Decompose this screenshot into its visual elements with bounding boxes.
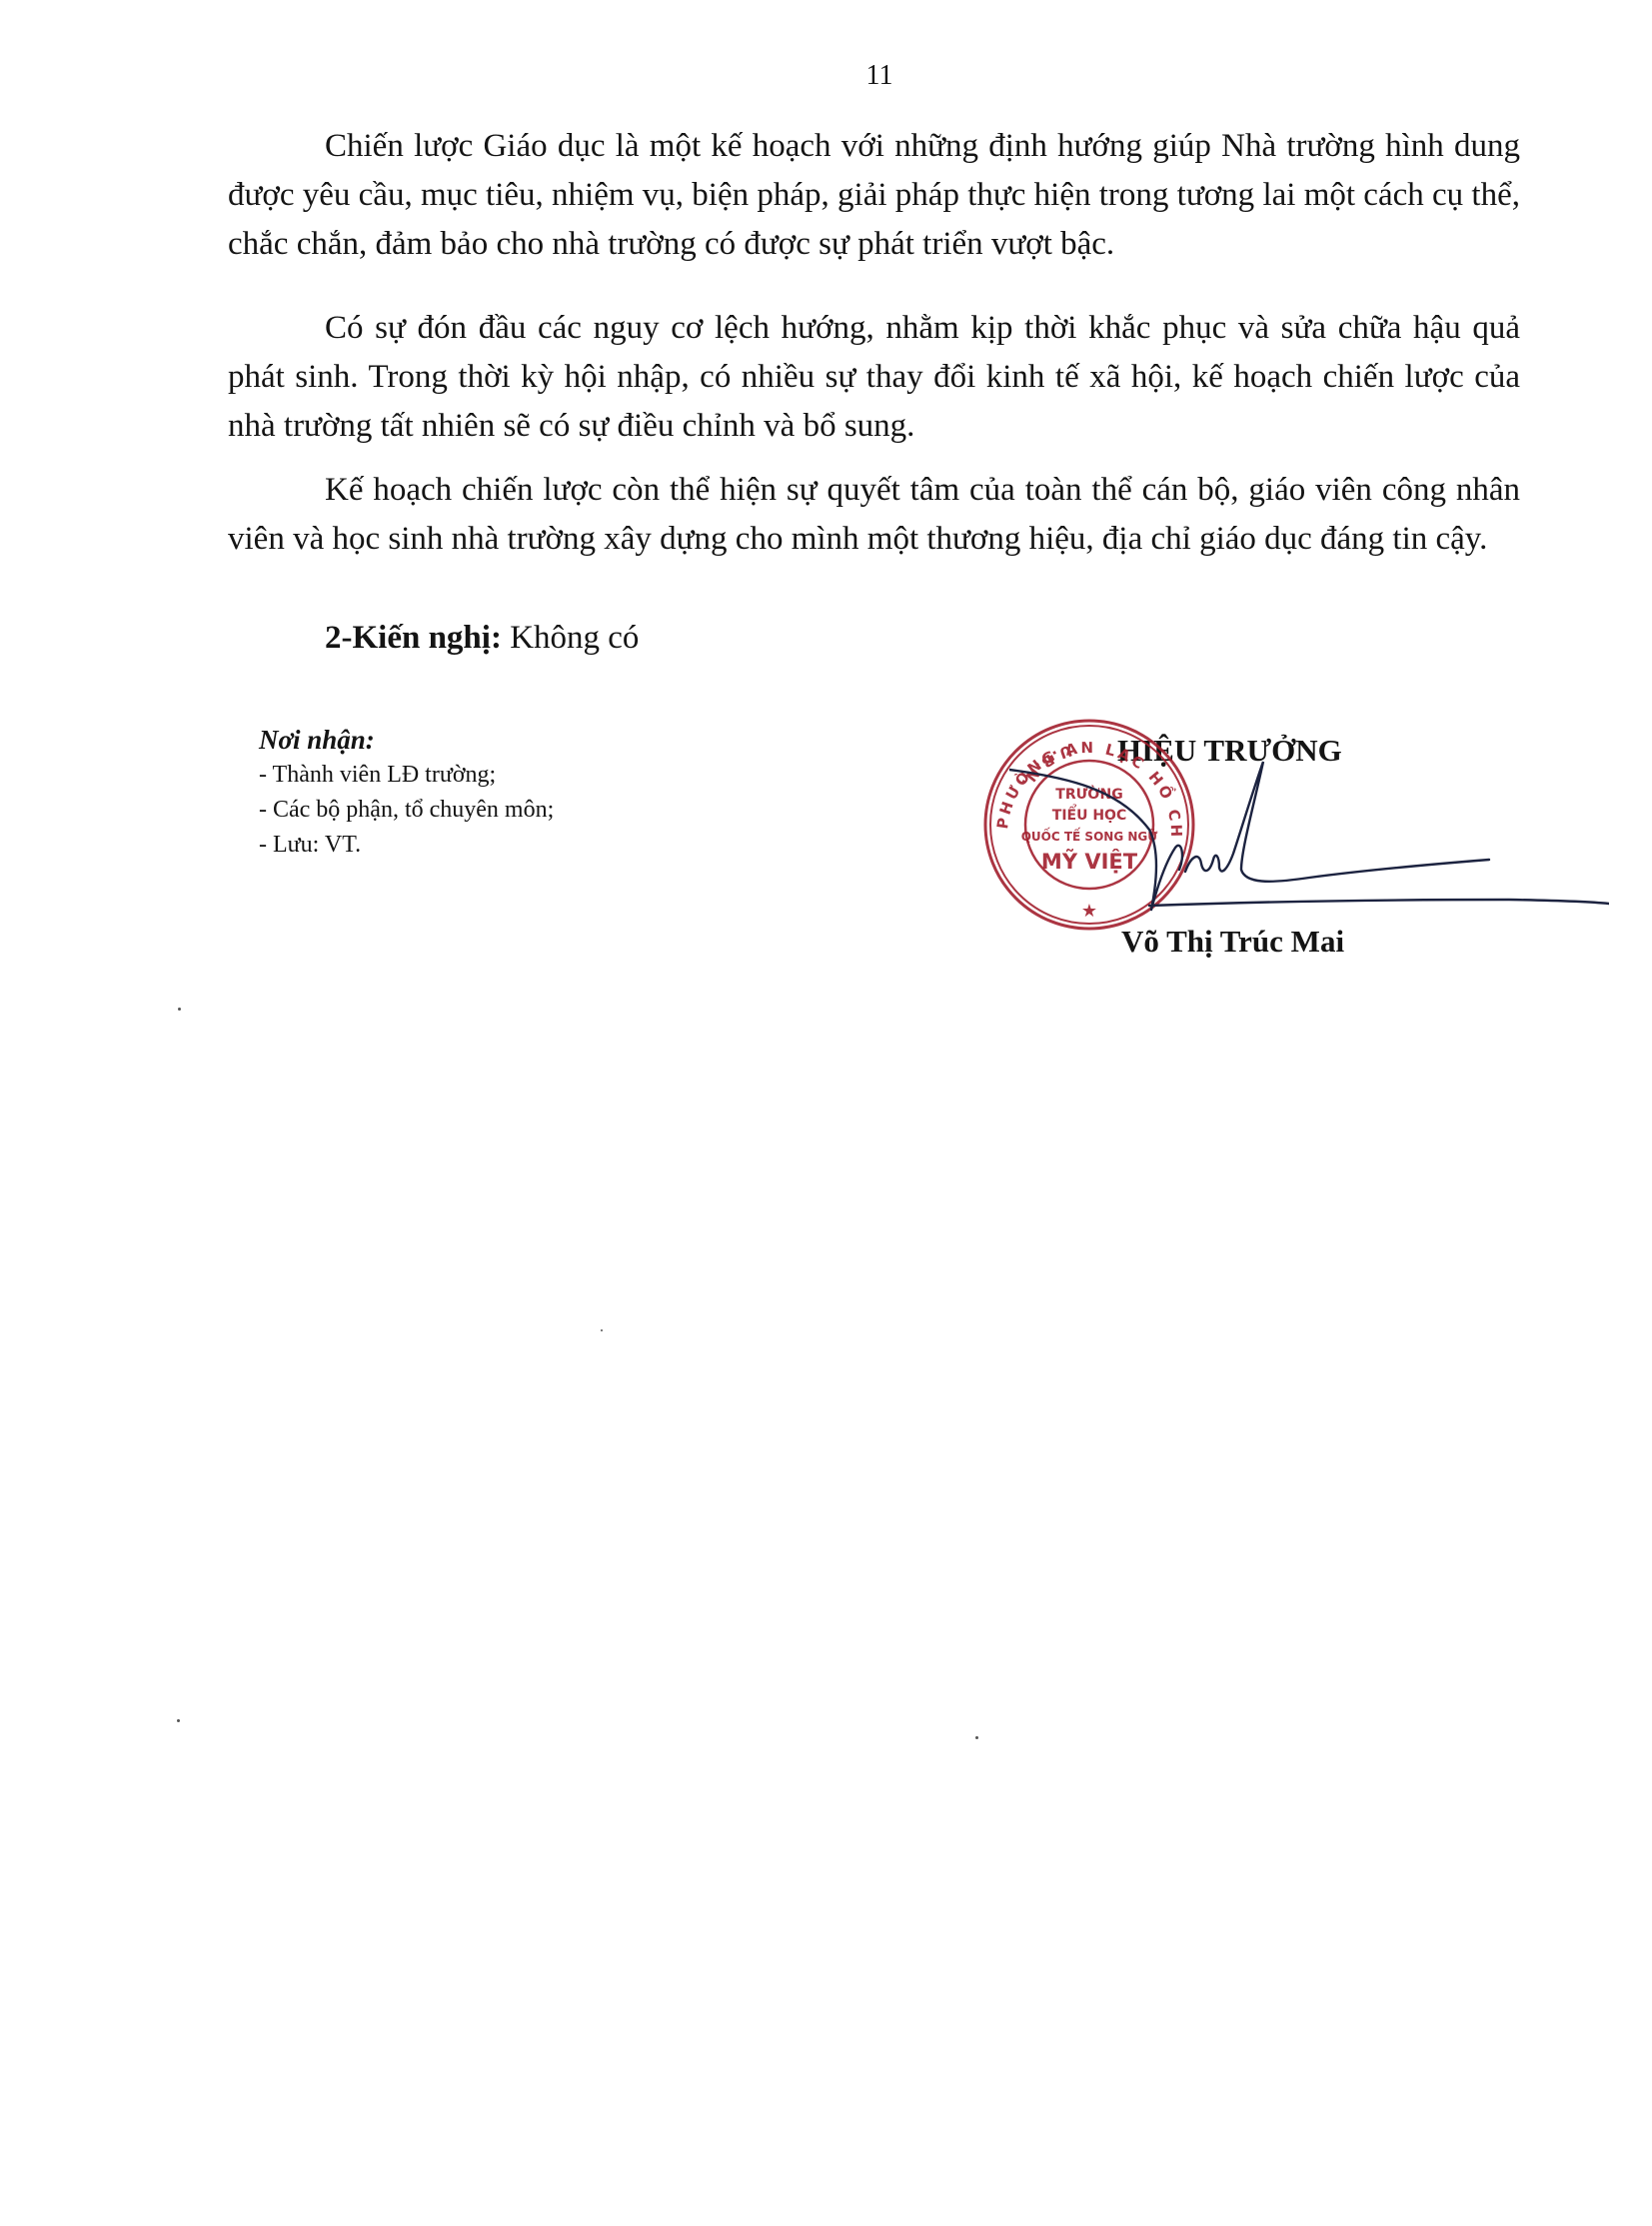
paragraph-risks: Có sự đón đầu các nguy cơ lệch hướng, nh… — [228, 304, 1520, 451]
scan-speck — [177, 1719, 180, 1722]
recommendation: 2-Kiến nghị: Không có — [325, 620, 639, 657]
recipients-block: Nơi nhận: - Thành viên LĐ trường; - Các … — [259, 723, 554, 863]
recipient-item: - Thành viên LĐ trường; — [259, 758, 554, 793]
page-number: 11 — [0, 60, 1652, 92]
scan-speck — [601, 1329, 603, 1331]
recipient-item: - Các bộ phận, tổ chuyên môn; — [259, 793, 554, 828]
recommendation-value: Không có — [502, 620, 639, 656]
scan-speck — [178, 1008, 181, 1011]
paragraph-strategy: Chiến lược Giáo dục là một kế hoạch với … — [228, 122, 1520, 269]
handwritten-signature-icon — [1009, 760, 1609, 930]
scan-speck — [975, 1736, 978, 1739]
paragraph-commitment: Kế hoạch chiến lược còn thể hiện sự quyế… — [228, 466, 1520, 564]
recipient-item: - Lưu: VT. — [259, 828, 554, 863]
recipients-heading: Nơi nhận: — [259, 723, 554, 758]
recommendation-label: 2-Kiến nghị: — [325, 620, 502, 656]
